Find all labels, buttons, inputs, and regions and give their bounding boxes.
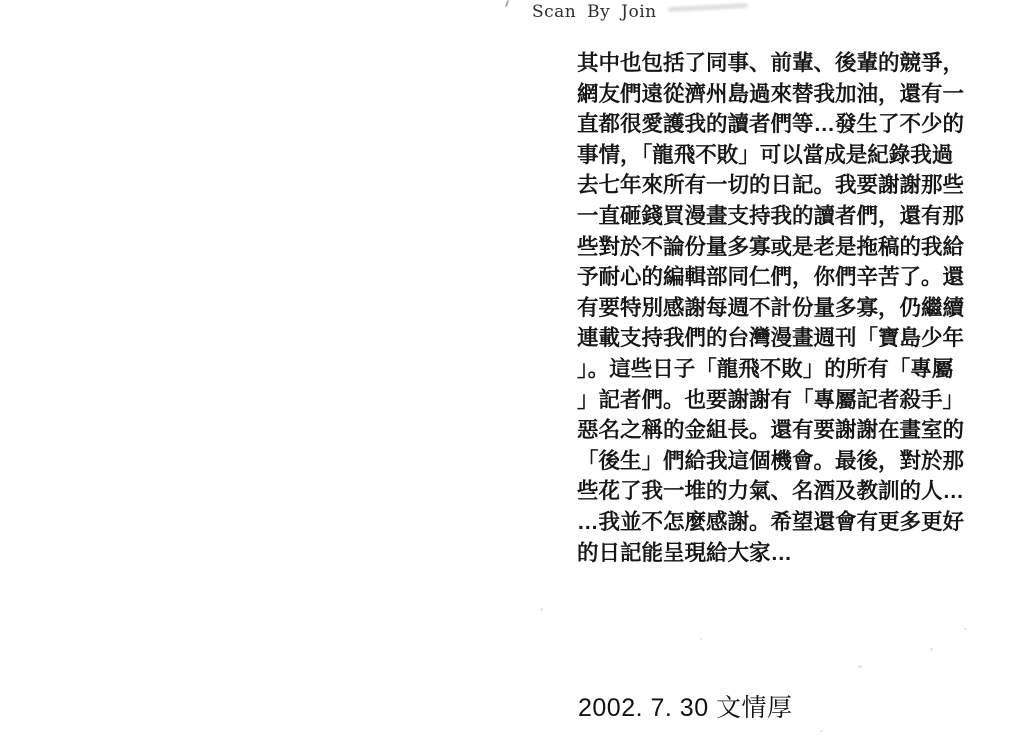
afterword-line: 些花了我一堆的力氣、名酒及教訓的人… [577, 476, 975, 507]
afterword-line: 「後生」們給我這個機會。最後，對於那 [577, 446, 975, 477]
afterword-line: 連載支持我們的台灣漫畫週刊「寶島少年 [577, 323, 975, 354]
afterword-line: 其中也包括了同事、前輩、後輩的競爭， [577, 48, 975, 79]
scan-artifact-smudge [668, 3, 748, 12]
scan-speck [858, 665, 862, 668]
scan-credit-text: Scan By Join [532, 2, 657, 22]
scan-speck [930, 648, 933, 651]
scan-speck [820, 730, 823, 732]
afterword-line: 惡名之稱的金組長。還有要謝謝在畫室的 [577, 415, 975, 446]
scan-speck [540, 608, 543, 611]
afterword-line: 的日記能呈現給大家… [577, 538, 975, 569]
scan-speck [700, 638, 702, 640]
afterword-line: 直都很愛護我的讀者們等…發生了不少的 [577, 109, 975, 140]
signature-date: 2002. 7. 30 文情厚 [578, 688, 793, 724]
afterword-line: …我並不怎麼感謝。希望還會有更多更好 [577, 507, 975, 538]
afterword-line: 」記者們。也要謝謝有「專屬記者殺手」 [577, 385, 975, 416]
afterword-line: 些對於不論份量多寡或是老是拖稿的我給 [577, 232, 975, 263]
afterword-line: 去七年來所有一切的日記。我要謝謝那些 [577, 170, 975, 201]
afterword-line: 事情，「龍飛不敗」可以當成是紀錄我過 [577, 140, 975, 171]
afterword-line: 一直砸錢買漫畫支持我的讀者們，還有那 [577, 201, 975, 232]
afterword-line: 」。這些日子「龍飛不敗」的所有「專屬 [577, 354, 975, 385]
afterword-line: 網友們遠從濟州島過來替我加油，還有一 [577, 79, 975, 110]
scan-speck [964, 628, 967, 630]
afterword-line: 予耐心的編輯部同仁們，你們辛苦了。還 [577, 262, 975, 293]
scanned-page: Scan By Join 其中也包括了同事、前輩、後輩的競爭，網友們遠從濟州島過… [0, 0, 1024, 748]
scan-artifact-tick [505, 0, 509, 7]
afterword-text-block: 其中也包括了同事、前輩、後輩的競爭，網友們遠從濟州島過來替我加油，還有一直都很愛… [577, 48, 975, 568]
afterword-line: 有要特別感謝每週不計份量多寡，仍繼續 [577, 293, 975, 324]
